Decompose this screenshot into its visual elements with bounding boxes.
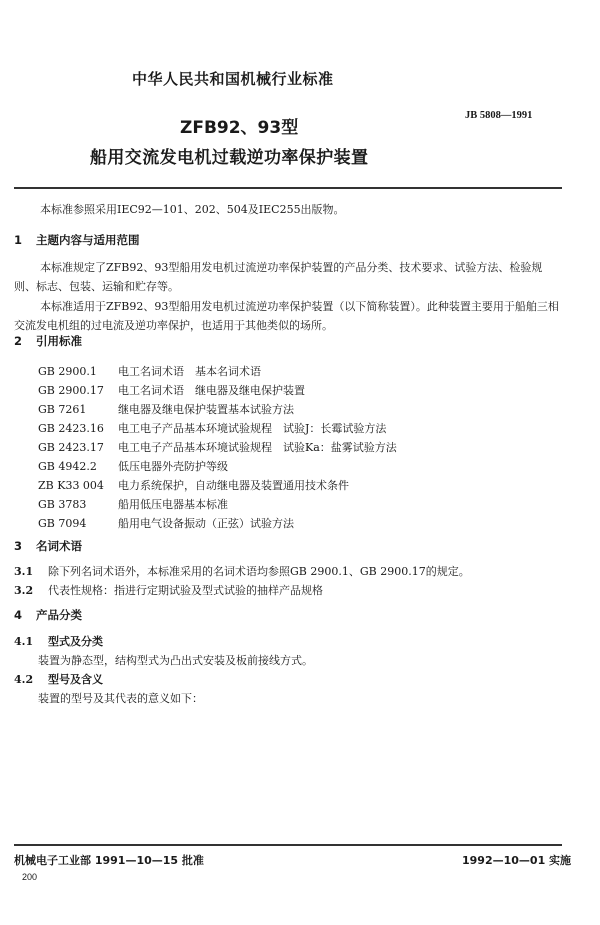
reference-title: 低压电器外壳防护等级 bbox=[118, 460, 228, 473]
reference-title: 继电器及继电保护装置基本试验方法 bbox=[118, 403, 294, 416]
clause-title: 型号及含义 bbox=[48, 673, 103, 686]
section-2-heading: 2引用标准 bbox=[14, 333, 82, 349]
reference-row: GB 2423.17电工电子产品基本环境试验规程 试验Ka：盐雾试验方法 bbox=[38, 439, 397, 459]
page-number: 200 bbox=[22, 872, 37, 882]
reference-row: ZB K33 004电力系统保护，自动继电器及装置通用技术条件 bbox=[38, 477, 349, 497]
implementation-date: 1992—10—01 实施 bbox=[462, 852, 571, 868]
reference-row: GB 2900.17电工名词术语 继电器及继电保护装置 bbox=[38, 382, 305, 402]
standard-number: JB 5808—1991 bbox=[465, 110, 532, 121]
reference-row: GB 4942.2低压电器外壳防护等级 bbox=[38, 458, 228, 478]
reference-code: GB 4942.2 bbox=[38, 460, 118, 473]
section-title: 名词术语 bbox=[36, 539, 82, 553]
reference-row: GB 7094船用电气设备振动（正弦）试验方法 bbox=[38, 515, 294, 535]
section-title: 引用标准 bbox=[36, 334, 82, 348]
reference-code: GB 3783 bbox=[38, 498, 118, 511]
reference-code: GB 7094 bbox=[38, 517, 118, 530]
reference-title: 电工电子产品基本环境试验规程 试验J：长霉试验方法 bbox=[118, 422, 386, 435]
section-number: 2 bbox=[14, 334, 36, 348]
reference-row: GB 2900.1电工名词术语 基本名词术语 bbox=[38, 363, 261, 383]
clause-4-2-heading: 4.2型号及含义 bbox=[14, 671, 103, 687]
section-title: 主题内容与适用范围 bbox=[36, 233, 140, 247]
section-number: 1 bbox=[14, 233, 36, 247]
reference-title: 电工名词术语 基本名词术语 bbox=[118, 365, 261, 378]
reference-title: 船用低压电器基本标准 bbox=[118, 498, 228, 511]
clause-4-2-text: 装置的型号及其代表的意义如下： bbox=[38, 690, 203, 706]
section-title: 产品分类 bbox=[36, 608, 82, 622]
reference-code: GB 2900.1 bbox=[38, 365, 118, 378]
section-1-heading: 1主题内容与适用范围 bbox=[14, 232, 140, 248]
clause-number: 4.1 bbox=[14, 635, 48, 648]
clause-title: 型式及分类 bbox=[48, 635, 103, 648]
reference-code: GB 2423.17 bbox=[38, 441, 118, 454]
clause-number: 3.2 bbox=[14, 584, 48, 597]
clause-3-2: 3.2代表性规格：指进行定期试验及型式试验的抽样产品规格 bbox=[14, 582, 323, 598]
reference-title: 电工名词术语 继电器及继电保护装置 bbox=[118, 384, 305, 397]
reference-code: GB 2900.17 bbox=[38, 384, 118, 397]
intro-paragraph: 本标准参照采用IEC92—101、202、504及IEC255出版物。 bbox=[14, 200, 562, 219]
footer-divider bbox=[14, 844, 562, 846]
clause-3-1: 3.1除下列名词术语外，本标准采用的名词术语均参照GB 2900.1、GB 29… bbox=[14, 563, 470, 579]
document-title-model: ZFB92、93型 bbox=[180, 113, 298, 138]
clause-text: 除下列名词术语外，本标准采用的名词术语均参照GB 2900.1、GB 2900.… bbox=[48, 565, 470, 578]
header-divider bbox=[14, 187, 562, 189]
clause-number: 3.1 bbox=[14, 565, 48, 578]
reference-code: GB 2423.16 bbox=[38, 422, 118, 435]
reference-code: GB 7261 bbox=[38, 403, 118, 416]
section-number: 3 bbox=[14, 539, 36, 553]
section-4-heading: 4产品分类 bbox=[14, 607, 82, 623]
reference-code: ZB K33 004 bbox=[38, 479, 118, 492]
approval-date: 机械电子工业部 1991—10—15 批准 bbox=[14, 852, 204, 868]
clause-4-1-heading: 4.1型式及分类 bbox=[14, 633, 103, 649]
reference-row: GB 3783船用低压电器基本标准 bbox=[38, 496, 228, 516]
reference-title: 电工电子产品基本环境试验规程 试验Ka：盐雾试验方法 bbox=[118, 441, 397, 454]
section-1-paragraph-1: 本标准规定了ZFB92、93型船用发电机过流逆功率保护装置的产品分类、技术要求、… bbox=[14, 258, 562, 296]
reference-title: 电力系统保护，自动继电器及装置通用技术条件 bbox=[118, 479, 349, 492]
reference-row: GB 7261继电器及继电保护装置基本试验方法 bbox=[38, 401, 294, 421]
reference-title: 船用电气设备振动（正弦）试验方法 bbox=[118, 517, 294, 530]
clause-text: 代表性规格：指进行定期试验及型式试验的抽样产品规格 bbox=[48, 584, 323, 597]
clause-number: 4.2 bbox=[14, 673, 48, 686]
clause-4-1-text: 装置为静态型，结构型式为凸出式安装及板前接线方式。 bbox=[38, 652, 313, 668]
section-number: 4 bbox=[14, 608, 36, 622]
section-1-paragraph-2: 本标准适用于ZFB92、93型船用发电机过流逆功率保护装置（以下简称装置）。此种… bbox=[14, 297, 562, 335]
reference-row: GB 2423.16电工电子产品基本环境试验规程 试验J：长霉试验方法 bbox=[38, 420, 386, 440]
issuing-organization: 中华人民共和国机械行业标准 bbox=[132, 68, 334, 89]
section-3-heading: 3名词术语 bbox=[14, 538, 82, 554]
document-title: 船用交流发电机过载逆功率保护装置 bbox=[90, 143, 368, 168]
